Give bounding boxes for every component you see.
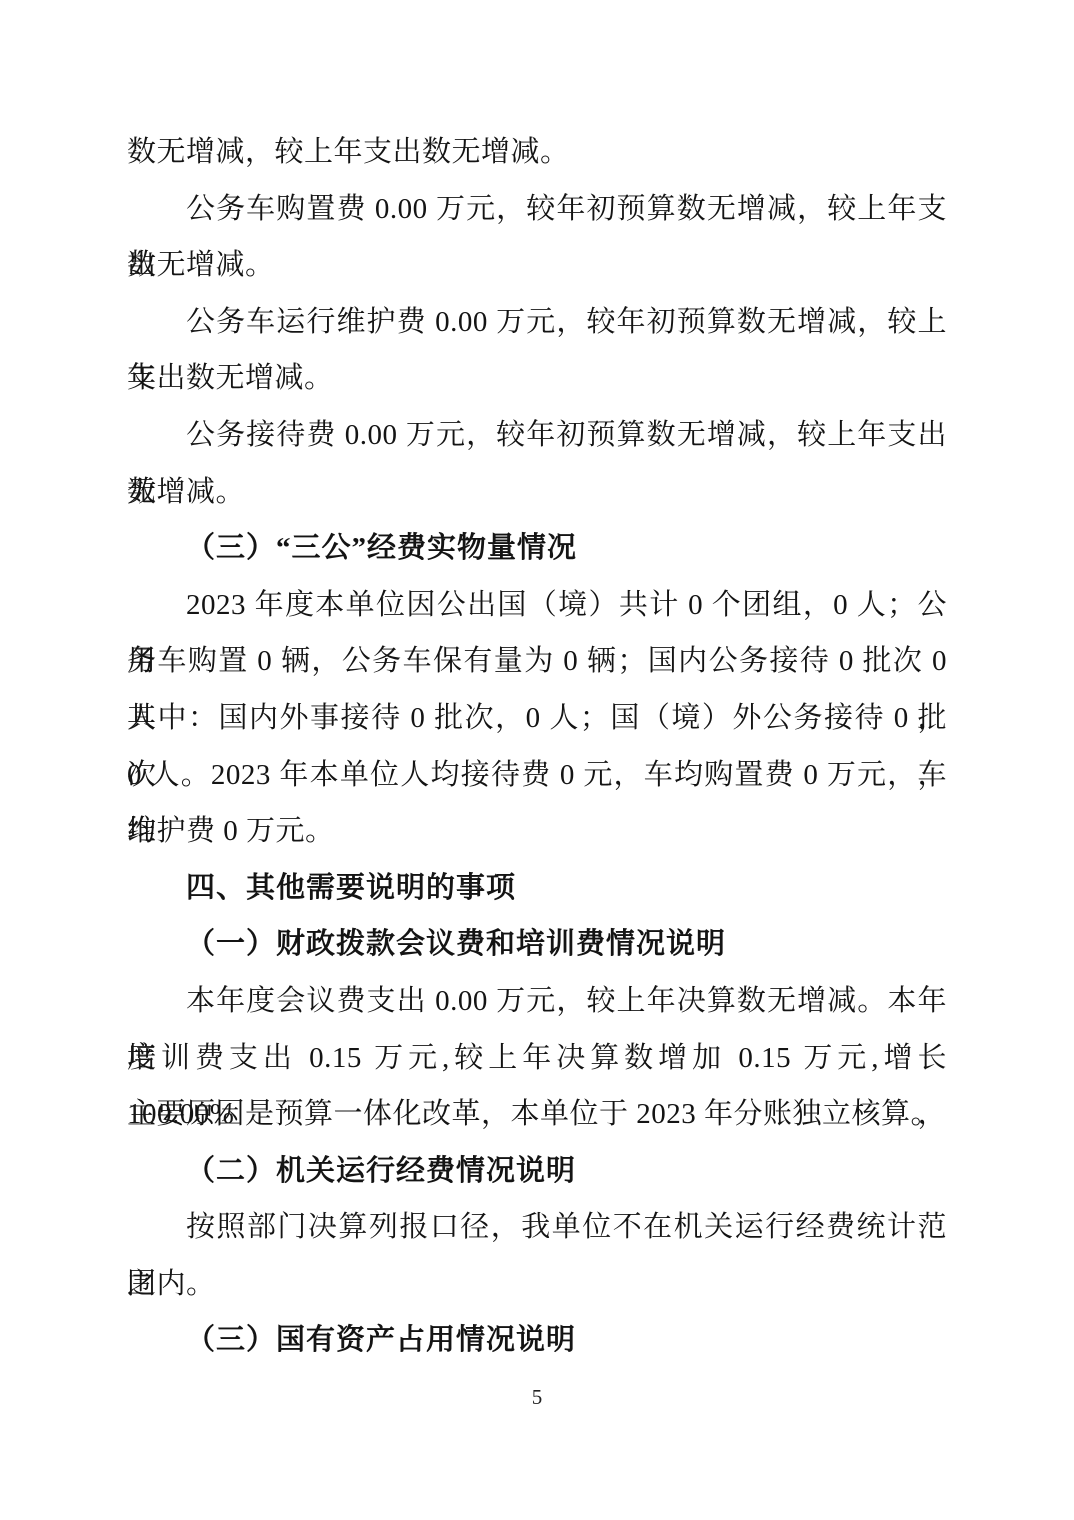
subheading-agency-operating-funds: （二）机关运行经费情况说明 xyxy=(127,1143,947,1200)
body-line: 主要原因是预算一体化改革，本单位于 2023 年分账独立核算。 xyxy=(127,1086,947,1143)
body-line: 其中：国内外事接待 0 批次，0 人；国（境）外公务接待 0 批次， xyxy=(127,690,947,747)
body-line: 数无增减，较上年支出数无增减。 xyxy=(127,124,947,181)
body-line: 2023 年度本单位因公出国（境）共计 0 个团组，0 人；公务 xyxy=(127,577,947,634)
document-page: 数无增减，较上年支出数无增减。 公务车购置费 0.00 万元，较年初预算数无增减… xyxy=(0,0,1074,1520)
section-heading-other-matters: 四、其他需要说明的事项 xyxy=(127,860,947,917)
document-body: 数无增减，较上年支出数无增减。 公务车购置费 0.00 万元，较年初预算数无增减… xyxy=(127,124,947,1369)
body-line: 用车购置 0 辆，公务车保有量为 0 辆；国内公务接待 0 批次 0 人， xyxy=(127,633,947,690)
subheading-three-public-expense-quantities: （三）“三公”经费实物量情况 xyxy=(127,520,947,577)
body-line: 无增减。 xyxy=(127,464,947,521)
body-line: 支出数无增减。 xyxy=(127,350,947,407)
body-line: 数无增减。 xyxy=(127,237,947,294)
body-line: 本年度会议费支出 0.00 万元，较上年决算数无增减。本年度 xyxy=(127,973,947,1030)
body-line: 之内。 xyxy=(127,1256,947,1313)
body-line: 维护费 0 万元。 xyxy=(127,803,947,860)
body-line: 按照部门决算列报口径，我单位不在机关运行经费统计范围 xyxy=(127,1199,947,1256)
body-line: 公务接待费 0.00 万元，较年初预算数无增减，较上年支出数 xyxy=(127,407,947,464)
body-line: 0 人。2023 年本单位人均接待费 0 元，车均购置费 0 万元，车均 xyxy=(127,747,947,804)
body-line: 公务车购置费 0.00 万元，较年初预算数无增减，较上年支出 xyxy=(127,181,947,238)
body-line: 公务车运行维护费 0.00 万元，较年初预算数无增减，较上年 xyxy=(127,294,947,351)
page-number: 5 xyxy=(0,1383,1074,1411)
subheading-state-owned-assets: （三）国有资产占用情况说明 xyxy=(127,1312,947,1369)
subheading-meeting-training-fees: （一）财政拨款会议费和培训费情况说明 xyxy=(127,916,947,973)
body-line: 培训费支出 0.15 万元,较上年决算数增加 0.15 万元,增长 100.00… xyxy=(127,1030,947,1087)
